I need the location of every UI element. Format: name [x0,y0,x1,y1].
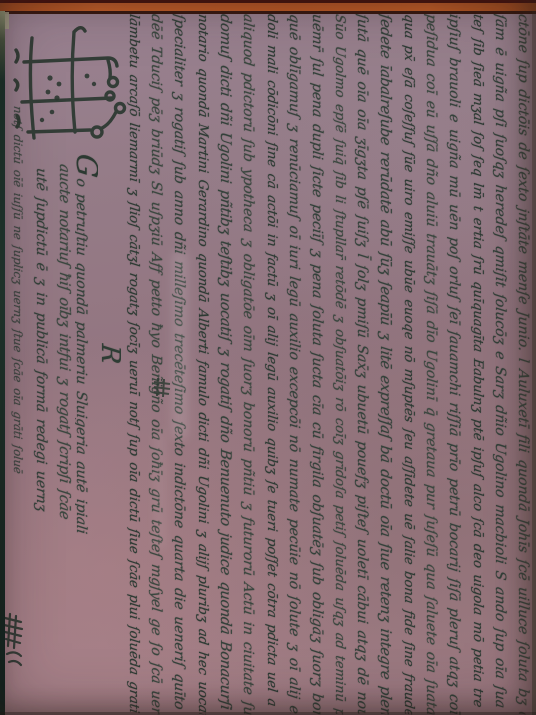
photo-vignette [0,0,536,715]
manuscript-photo: ctōne ſup dictōis de ſexto jnſtāte menſe… [0,0,536,715]
